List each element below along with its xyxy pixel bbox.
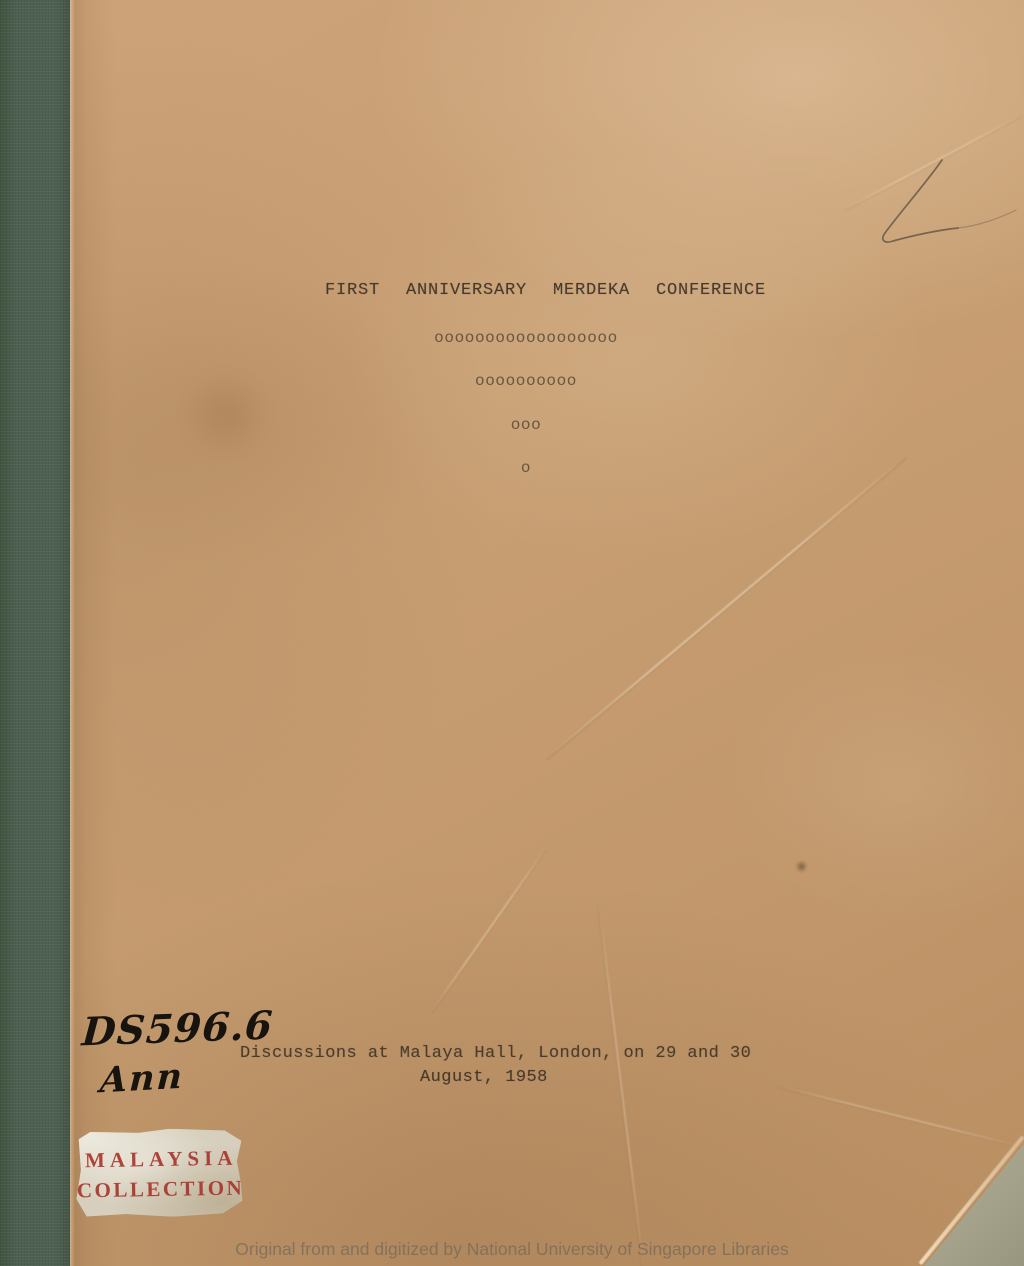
digitization-credit: Original from and digitized by National …	[235, 1239, 788, 1260]
cover-subtitle-line2: August, 1958	[420, 1068, 548, 1087]
ornament-row: oooooooooooooooooo	[434, 329, 618, 347]
ornament-row: oooooooooo	[475, 372, 577, 390]
stamp-line-1: MALAYSIA	[80, 1143, 238, 1176]
cover-title: FIRST ANNIVERSARY MERDEKA CONFERENCE	[325, 281, 766, 300]
call-number-cutter: Ann	[99, 1056, 185, 1102]
pen-mark-drawing	[860, 140, 1024, 260]
ornament-row: ooo	[511, 416, 542, 434]
stain-blotch	[178, 372, 273, 457]
call-number-class: DS596.6	[80, 1003, 274, 1056]
cover-subtitle-line1: Discussions at Malaya Hall, London, on 2…	[240, 1044, 751, 1063]
pen-mark	[860, 140, 1024, 260]
torn-corner	[924, 1144, 1024, 1266]
paper-crease	[598, 905, 645, 1266]
malaysia-collection-stamp: MALAYSIA COLLECTION	[75, 1128, 243, 1219]
paper-crease	[545, 456, 906, 760]
binding-strip	[0, 0, 70, 1266]
paper-crease	[430, 848, 546, 1013]
scanned-cover: FIRST ANNIVERSARY MERDEKA CONFERENCE ooo…	[0, 0, 1024, 1266]
stamp-line-2: COLLECTION	[74, 1173, 244, 1206]
ink-spot	[796, 860, 807, 873]
ornament-row: o	[521, 459, 531, 477]
paper-crease	[778, 1085, 1021, 1147]
